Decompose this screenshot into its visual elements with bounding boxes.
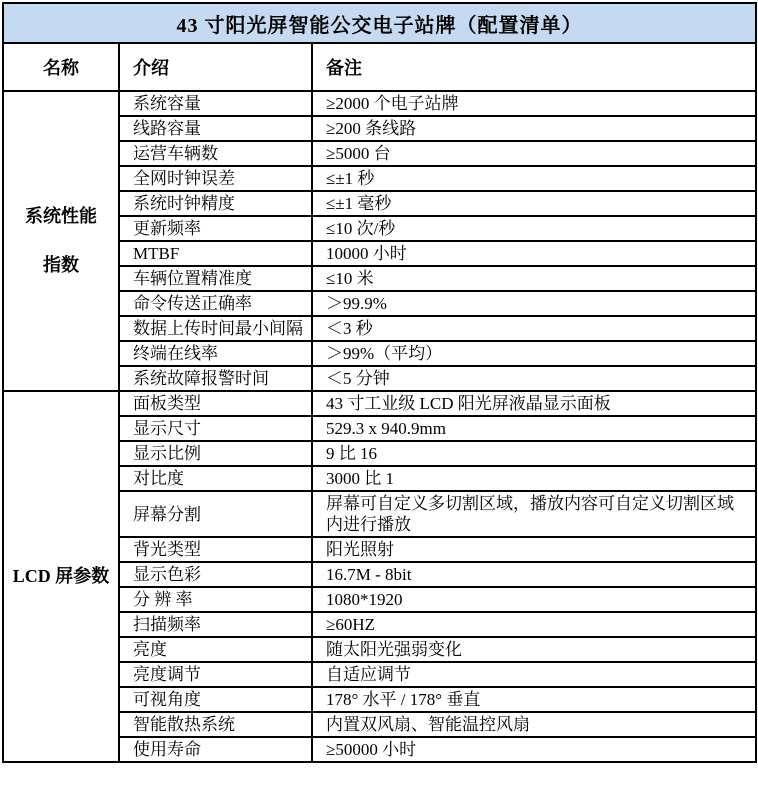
intro-cell: 数据上传时间最小间隔 (119, 316, 312, 341)
note-cell: ≤10 米 (312, 266, 756, 291)
note-cell: ＞99%（平均） (312, 341, 756, 366)
col-header-name: 名称 (3, 43, 119, 91)
intro-cell: 分 辨 率 (119, 587, 312, 612)
intro-cell: 对比度 (119, 466, 312, 491)
table-row: 系统性能指数系统容量≥2000 个电子站牌 (3, 91, 756, 116)
note-cell: 3000 比 1 (312, 466, 756, 491)
intro-cell: 显示比例 (119, 441, 312, 466)
group-label-line: 指数 (5, 253, 117, 278)
table-title: 43 寸阳光屏智能公交电子站牌（配置清单） (3, 3, 756, 43)
note-cell: ≥200 条线路 (312, 116, 756, 141)
config-sheet-page: 43 寸阳光屏智能公交电子站牌（配置清单） 名称 介绍 备注 系统性能指数系统容… (0, 0, 758, 788)
intro-cell: 可视角度 (119, 687, 312, 712)
group-label-line: 系统性能 (5, 204, 117, 229)
intro-cell: 系统时钟精度 (119, 191, 312, 216)
note-cell: 自适应调节 (312, 662, 756, 687)
note-cell: ≤±1 毫秒 (312, 191, 756, 216)
note-cell: ＞99.9% (312, 291, 756, 316)
col-header-note: 备注 (312, 43, 756, 91)
group-label-line: LCD 屏参数 (5, 564, 117, 589)
note-cell: ≥50000 小时 (312, 737, 756, 762)
intro-cell: 面板类型 (119, 391, 312, 416)
intro-cell: 背光类型 (119, 537, 312, 562)
intro-cell: MTBF (119, 241, 312, 266)
column-header-row: 名称 介绍 备注 (3, 43, 756, 91)
note-cell: 1080*1920 (312, 587, 756, 612)
note-cell: ≥2000 个电子站牌 (312, 91, 756, 116)
intro-cell: 亮度调节 (119, 662, 312, 687)
note-cell: 529.3 x 940.9mm (312, 416, 756, 441)
intro-cell: 显示色彩 (119, 562, 312, 587)
intro-cell: 终端在线率 (119, 341, 312, 366)
group-label-0: 系统性能指数 (3, 91, 119, 391)
intro-cell: 运营车辆数 (119, 141, 312, 166)
note-cell: 9 比 16 (312, 441, 756, 466)
note-cell: 阳光照射 (312, 537, 756, 562)
note-cell: ＜5 分钟 (312, 366, 756, 391)
intro-cell: 使用寿命 (119, 737, 312, 762)
intro-cell: 线路容量 (119, 116, 312, 141)
note-cell: ＜3 秒 (312, 316, 756, 341)
table-row: LCD 屏参数面板类型43 寸工业级 LCD 阳光屏液晶显示面板 (3, 391, 756, 416)
intro-cell: 系统容量 (119, 91, 312, 116)
intro-cell: 扫描频率 (119, 612, 312, 637)
note-cell: 屏幕可自定义多切割区域，播放内容可自定义切割区域内进行播放 (312, 491, 756, 537)
group-label-1: LCD 屏参数 (3, 391, 119, 762)
note-cell: ≤±1 秒 (312, 166, 756, 191)
note-cell: ≤10 次/秒 (312, 216, 756, 241)
intro-cell: 全网时钟误差 (119, 166, 312, 191)
note-cell: 43 寸工业级 LCD 阳光屏液晶显示面板 (312, 391, 756, 416)
note-cell: 16.7M - 8bit (312, 562, 756, 587)
intro-cell: 显示尺寸 (119, 416, 312, 441)
note-cell: ≥60HZ (312, 612, 756, 637)
note-cell: 随太阳光强弱变化 (312, 637, 756, 662)
intro-cell: 亮度 (119, 637, 312, 662)
intro-cell: 车辆位置精准度 (119, 266, 312, 291)
spec-table-body: 系统性能指数系统容量≥2000 个电子站牌线路容量≥200 条线路运营车辆数≥5… (3, 91, 756, 762)
intro-cell: 更新频率 (119, 216, 312, 241)
intro-cell: 命令传送正确率 (119, 291, 312, 316)
note-cell: ≥5000 台 (312, 141, 756, 166)
note-cell: 10000 小时 (312, 241, 756, 266)
title-row: 43 寸阳光屏智能公交电子站牌（配置清单） (3, 3, 756, 43)
note-cell: 178° 水平 / 178° 垂直 (312, 687, 756, 712)
intro-cell: 智能散热系统 (119, 712, 312, 737)
col-header-intro: 介绍 (119, 43, 312, 91)
config-table: 43 寸阳光屏智能公交电子站牌（配置清单） 名称 介绍 备注 系统性能指数系统容… (2, 2, 757, 763)
intro-cell: 系统故障报警时间 (119, 366, 312, 391)
note-cell: 内置双风扇、智能温控风扇 (312, 712, 756, 737)
intro-cell: 屏幕分割 (119, 491, 312, 537)
